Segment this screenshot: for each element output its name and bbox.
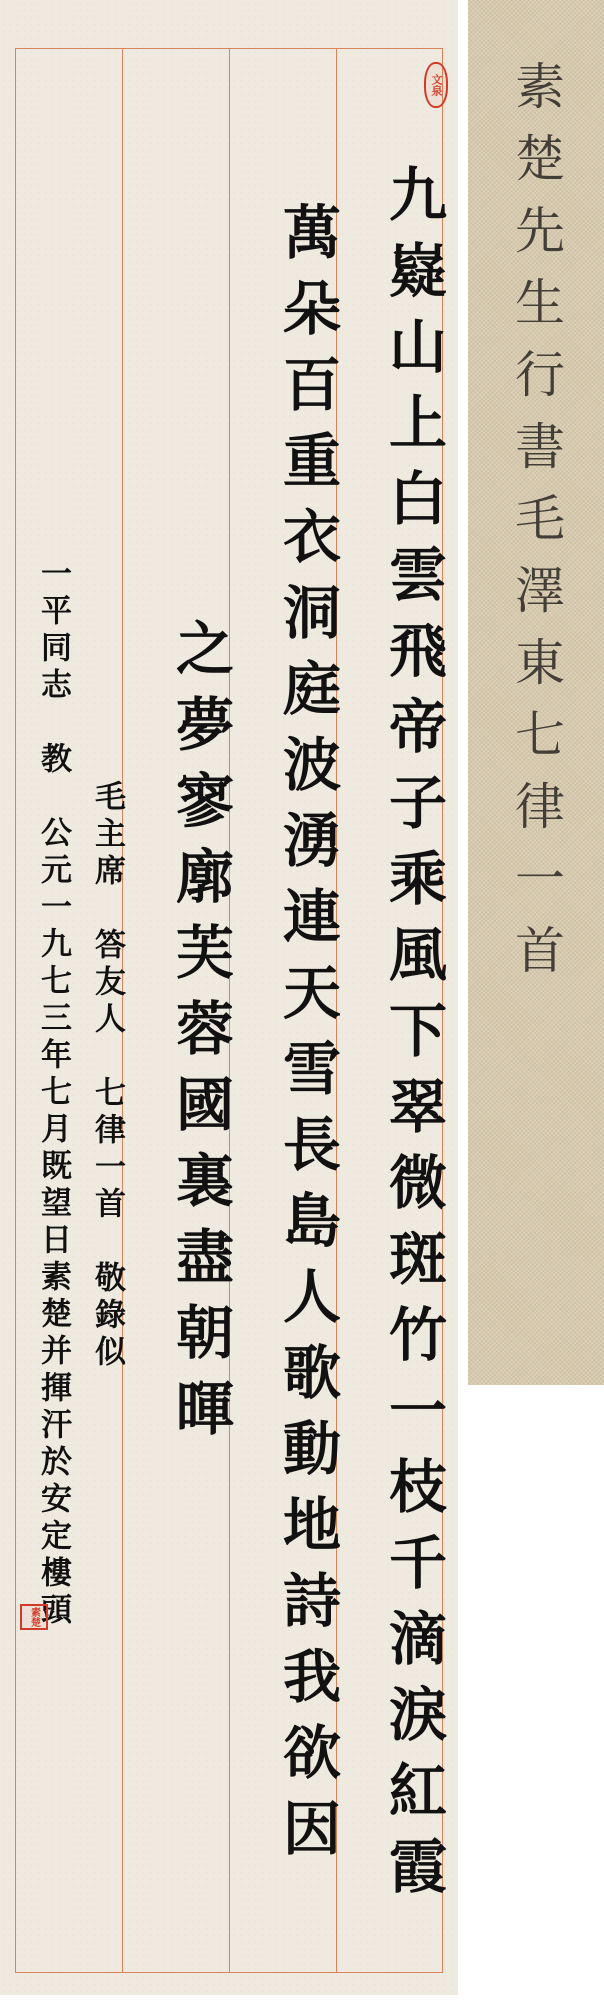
inscription-line: 毛主席 答友人 七律一首 敬錄似 (91, 780, 122, 1372)
inscription-column-2: 一平同志 教 公元一九七三年七月既望日素楚并揮汗於安定樓頭 (16, 49, 68, 1972)
seal-text: 素楚 (27, 1607, 42, 1627)
top-seal-stamp: 文泉 (424, 62, 448, 108)
poem-line: 九嶷山上白雲飛帝子乘風下翠微斑竹一枝千滴淚紅霞 (384, 164, 442, 1912)
seal-text: 文泉 (428, 74, 444, 96)
poem-line: 萬朵百重衣洞庭波湧連天雪長島人歌動地詩我欲因 (278, 202, 336, 1874)
silk-title-strip: 素楚先生行書毛澤東七律一首 (468, 0, 604, 1385)
silk-title-text: 素楚先生行書毛澤東七律一首 (468, 60, 604, 996)
signature-seal-stamp: 素楚 (20, 1604, 48, 1630)
calligraphy-paper: 九嶷山上白雲飛帝子乘風下翠微斑竹一枝千滴淚紅霞 萬朵百重衣洞庭波湧連天雪長島人歌… (0, 0, 458, 1995)
poem-column-2: 萬朵百重衣洞庭波湧連天雪長島人歌動地詩我欲因 (229, 49, 336, 1972)
poem-column-1: 九嶷山上白雲飛帝子乘風下翠微斑竹一枝千滴淚紅霞 (336, 49, 442, 1972)
inscription-column-1: 毛主席 答友人 七律一首 敬錄似 (68, 49, 122, 1972)
inscription-line: 一平同志 教 公元一九七三年七月既望日素楚并揮汗於安定樓頭 (37, 557, 68, 1630)
poem-line: 之夢寥廓芙蓉國裏盡朝暉 (171, 618, 229, 1454)
red-ruled-grid: 九嶷山上白雲飛帝子乘風下翠微斑竹一枝千滴淚紅霞 萬朵百重衣洞庭波湧連天雪長島人歌… (15, 48, 443, 1973)
poem-column-3: 之夢寥廓芙蓉國裏盡朝暉 (122, 49, 229, 1972)
